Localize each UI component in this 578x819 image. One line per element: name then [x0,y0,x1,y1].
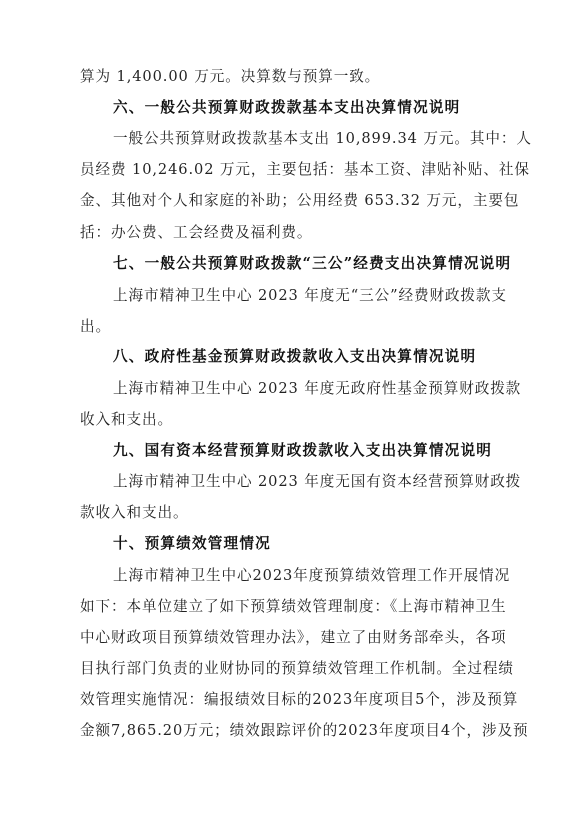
section-heading: 九、国有资本经营预算财政拨款收入支出决算情况说明 [113,440,505,462]
paragraph-line: 算为 1,400.00 万元。决算数与预算一致。 [80,66,505,88]
paragraph-line: 上海市精神卫生中心 2023 年度无国有资本经营预算财政拨 [113,471,505,493]
paragraph-line: 效管理实施情况：编报绩效目标的2023年度项目5个，涉及预算 [80,689,505,711]
paragraph-line: 出。 [80,316,505,338]
paragraph-line: 上海市精神卫生中心 2023 年度无政府性基金预算财政拨款 [113,378,505,400]
paragraph-line: 上海市精神卫生中心 2023 年度无“三公”经费财政拨款支 [113,285,505,307]
paragraph-line: 目执行部门负责的业财协同的预算绩效管理工作机制。全过程绩 [80,658,505,680]
section-heading: 十、预算绩效管理情况 [113,533,505,555]
section-heading: 六、一般公共预算财政拨款基本支出决算情况说明 [113,97,505,119]
paragraph-line: 款收入和支出。 [80,502,505,524]
paragraph-line: 中心财政项目预算绩效管理办法》，建立了由财务部牵头，各项 [80,627,505,649]
paragraph-line: 如下：本单位建立了如下预算绩效管理制度：《上海市精神卫生 [80,596,505,618]
paragraph-line: 上海市精神卫生中心2023年度预算绩效管理工作开展情况 [113,565,505,587]
paragraph-line: 员经费 10,246.02 万元，主要包括：基本工资、津贴补贴、社保 [80,159,505,181]
paragraph-line: 一般公共预算财政拨款基本支出 10,899.34 万元。其中：人 [113,128,505,150]
paragraph-line: 收入和支出。 [80,409,505,431]
paragraph-line: 括：办公费、工会经费及福利费。 [80,222,505,244]
paragraph-line: 金、其他对个人和家庭的补助；公用经费 653.32 万元，主要包 [80,190,505,212]
paragraph-line: 金额7,865.20万元；绩效跟踪评价的2023年度项目4个，涉及预 [80,720,505,742]
section-heading: 八、政府性基金预算财政拨款收入支出决算情况说明 [113,346,505,368]
section-heading: 七、一般公共预算财政拨款“三公”经费支出决算情况说明 [113,253,505,275]
